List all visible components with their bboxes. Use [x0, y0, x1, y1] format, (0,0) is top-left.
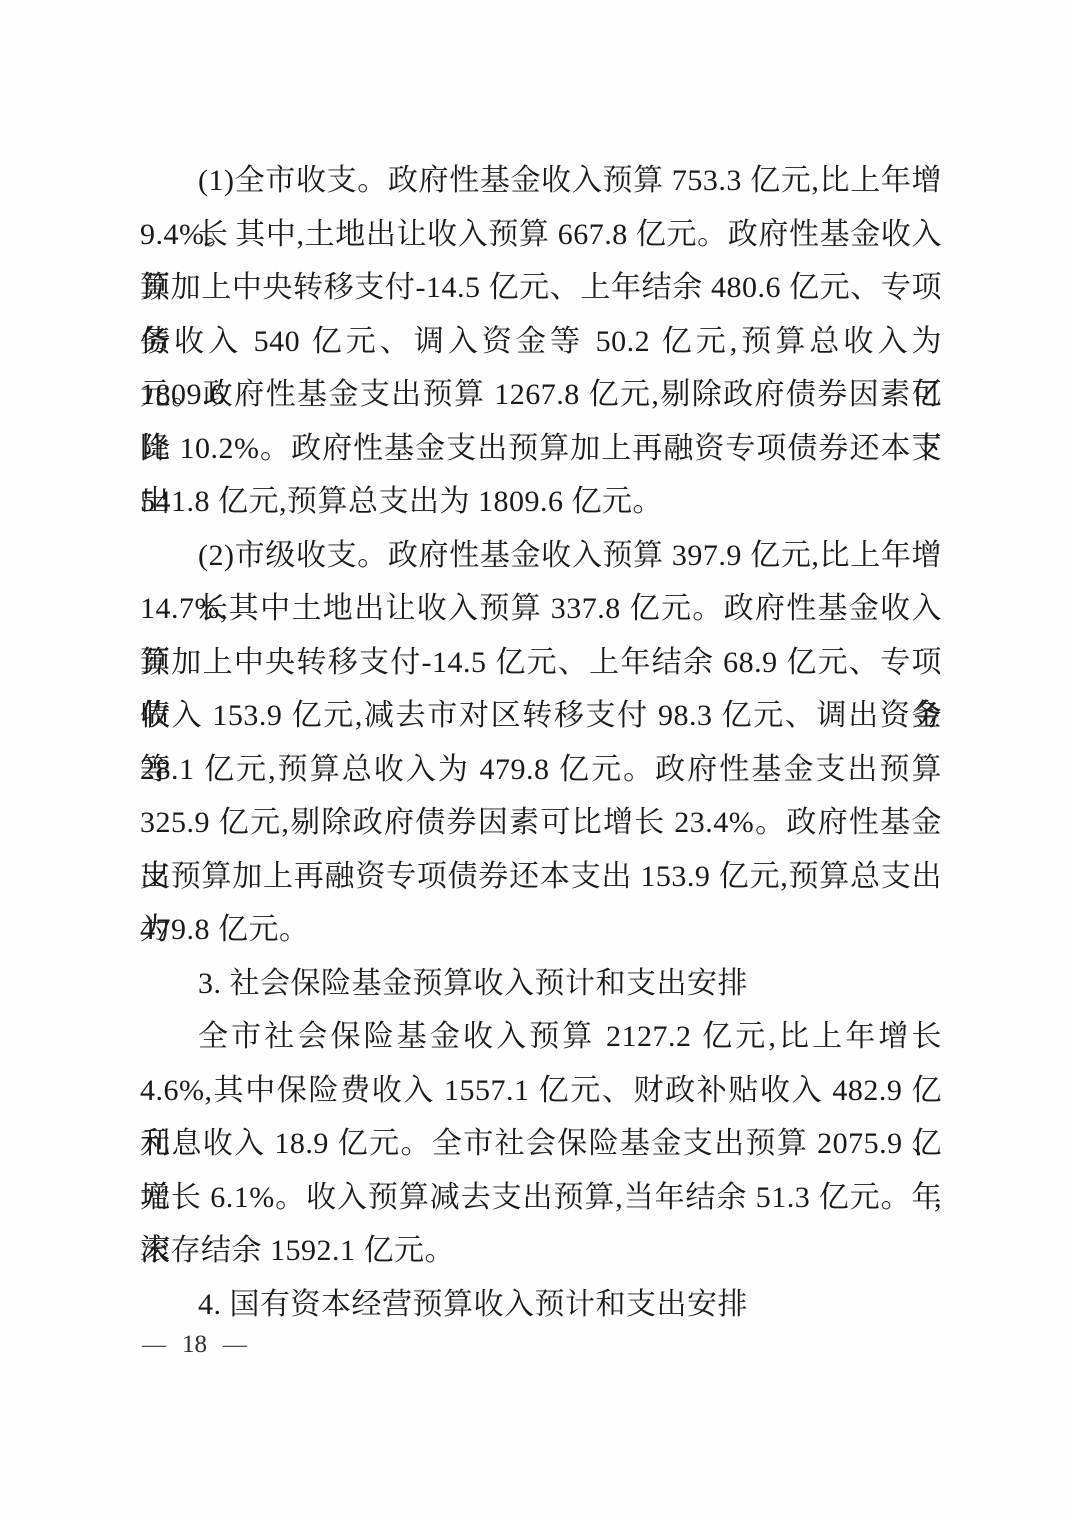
- text-line: 算加上中央转移支付-14.5 亿元、上年结余 68.9 亿元、专项债务: [140, 636, 942, 690]
- text-line: 541.8 亿元,预算总支出为 1809.6 亿元。: [140, 475, 942, 529]
- text-line: 4.6%,其中保险费收入 1557.1 亿元、财政补贴收入 482.9 亿元、: [140, 1064, 942, 1118]
- document-page: (1)全市收支。政府性基金收入预算 753.3 亿元,比上年增长 9.4%。其中…: [0, 0, 1074, 1520]
- page-footer: — 18 —: [142, 1331, 247, 1359]
- text-line: 元。政府性基金支出预算 1267.8 亿元,剔除政府债券因素可比下: [140, 368, 942, 422]
- text-line: 算加上中央转移支付-14.5 亿元、上年结余 480.6 亿元、专项债: [140, 261, 942, 315]
- section-heading: 3. 社会保险基金预算收入预计和支出安排: [140, 957, 942, 1011]
- text-line: 14.7%,其中土地出让收入预算 337.8 亿元。政府性基金收入预: [140, 582, 942, 636]
- text-line: 全市社会保险基金收入预算 2127.2 亿元,比上年增长: [140, 1010, 942, 1064]
- text-line: (2)市级收支。政府性基金收入预算 397.9 亿元,比上年增长: [140, 529, 942, 583]
- text-line: (1)全市收支。政府性基金收入预算 753.3 亿元,比上年增长: [140, 154, 942, 208]
- text-line: 降 10.2%。政府性基金支出预算加上再融资专项债券还本支出: [140, 422, 942, 476]
- text-line: 增长 6.1%。收入预算减去支出预算,当年结余 51.3 亿元。年末: [140, 1171, 942, 1225]
- footer-dash-left: —: [142, 1332, 166, 1359]
- text-line: 479.8 亿元。: [140, 903, 942, 957]
- text-line: 28.1 亿元,预算总收入为 479.8 亿元。政府性基金支出预算: [140, 743, 942, 797]
- footer-dash-right: —: [223, 1332, 247, 1359]
- text-line: 9.4%。其中,土地出让收入预算 667.8 亿元。政府性基金收入预: [140, 208, 942, 262]
- text-line: 滚存结余 1592.1 亿元。: [140, 1224, 942, 1278]
- text-line: 325.9 亿元,剔除政府债券因素可比增长 23.4%。政府性基金支: [140, 796, 942, 850]
- text-line: 利息收入 18.9 亿元。全市社会保险基金支出预算 2075.9 亿元,: [140, 1117, 942, 1171]
- text-line: 收入 153.9 亿元,减去市对区转移支付 98.3 亿元、调出资金等: [140, 689, 942, 743]
- page-number: 18: [182, 1331, 207, 1359]
- text-line: 出预算加上再融资专项债券还本支出 153.9 亿元,预算总支出为: [140, 850, 942, 904]
- section-heading: 4. 国有资本经营预算收入预计和支出安排: [140, 1278, 942, 1332]
- text-line: 务收入 540 亿元、调入资金等 50.2 亿元,预算总收入为 1809.6 亿: [140, 315, 942, 369]
- body-text: (1)全市收支。政府性基金收入预算 753.3 亿元,比上年增长 9.4%。其中…: [140, 154, 942, 1331]
